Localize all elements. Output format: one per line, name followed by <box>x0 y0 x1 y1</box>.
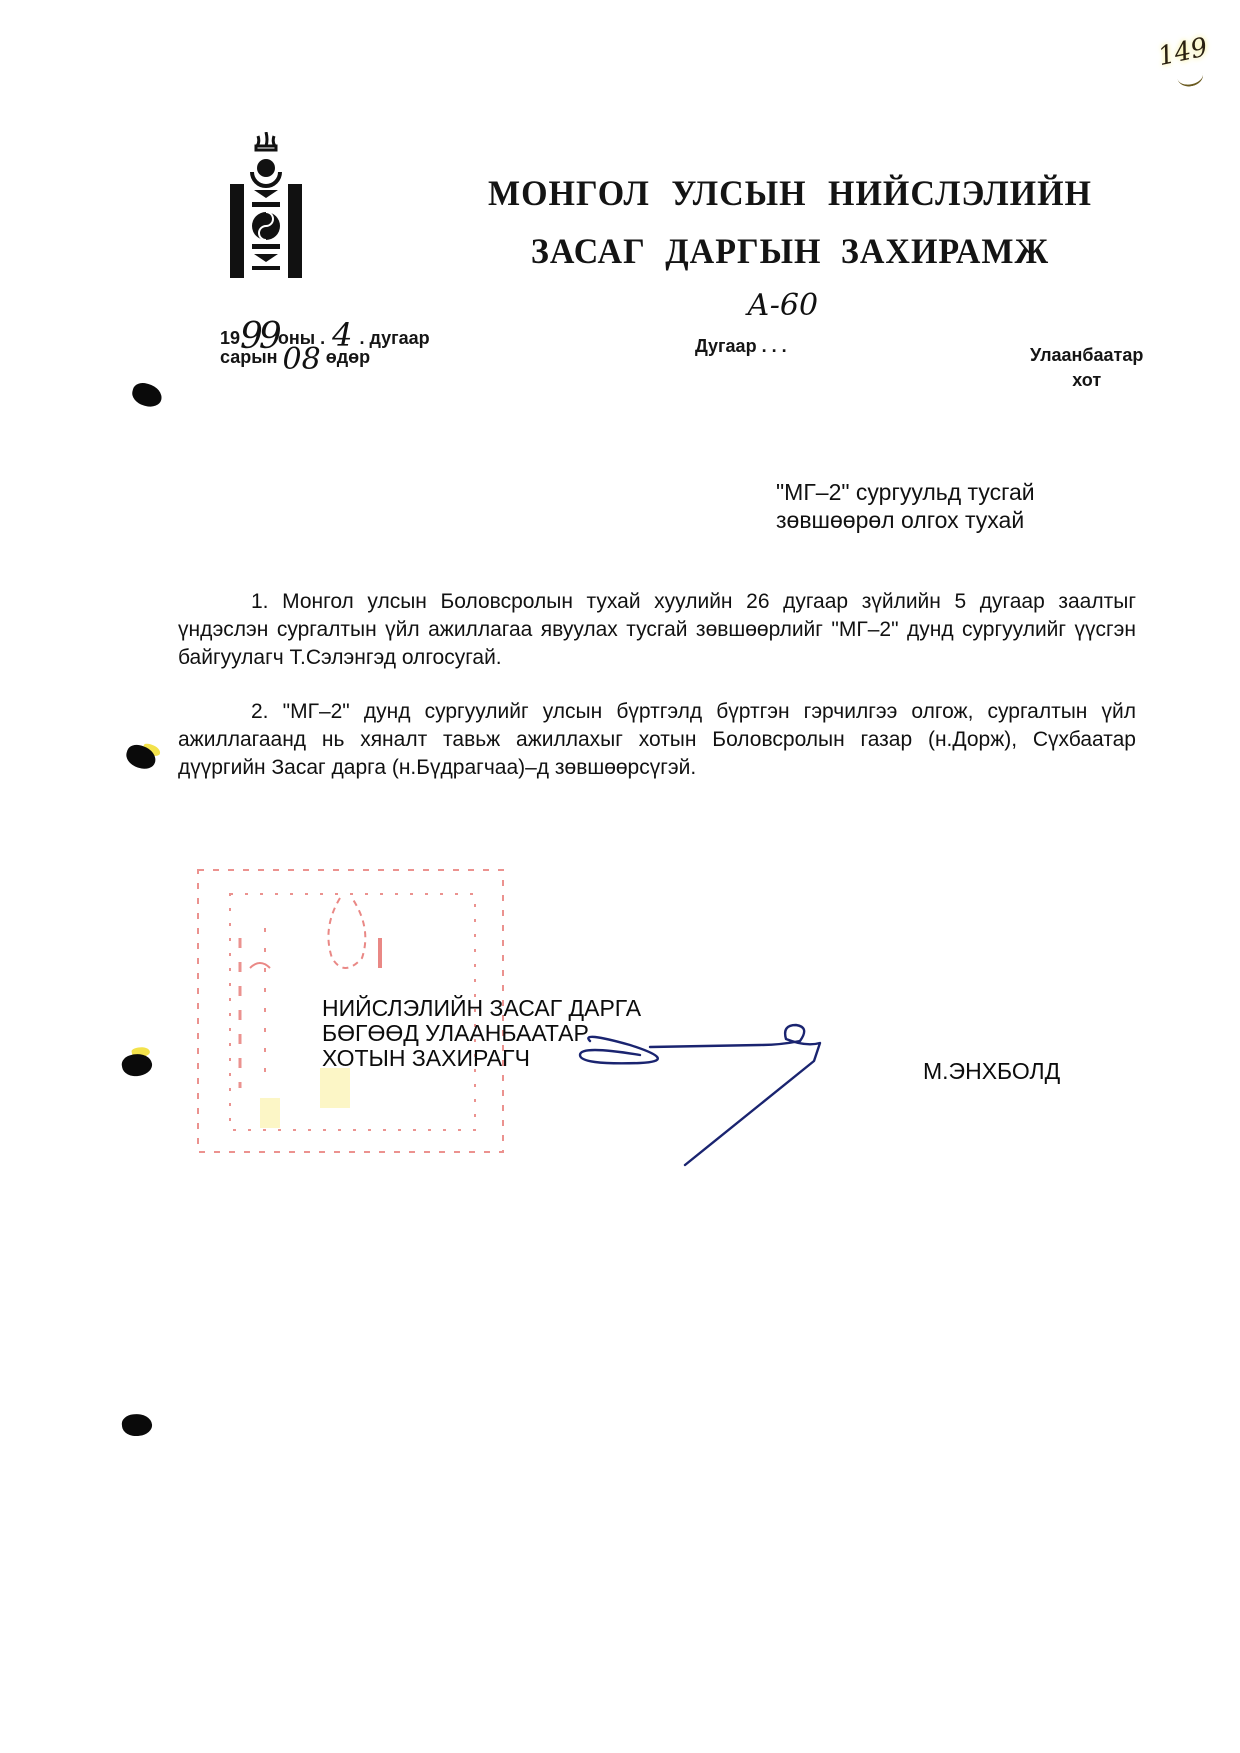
page-number-text: 149 <box>1155 32 1210 72</box>
paragraph-2: 2. "МГ–2" дунд сургуулийг улсын бүртгэлд… <box>178 698 1136 782</box>
document-number-label: Дугаар . . . <box>695 336 787 356</box>
title-line-2: ЗАСАГ ДАРГЫН ЗАХИРАМЖ <box>480 223 1100 281</box>
handwritten-signature-icon <box>560 1015 890 1175</box>
subject-line-1: "МГ–2" сургуульд тусгай <box>776 478 1035 506</box>
signer-name: М.ЭНХБОЛД <box>923 1058 1060 1085</box>
day-handwritten: 08 <box>283 342 321 377</box>
document-number-value: А-60 <box>747 288 818 323</box>
page-number-underline <box>1175 64 1205 89</box>
city-suffix: хот <box>1030 368 1143 393</box>
paragraph-1: 1. Монгол улсын Боловсролын тухай хуулий… <box>178 588 1136 672</box>
month-handwritten: 4 <box>332 316 352 354</box>
month-suffix: дугаар <box>369 328 429 348</box>
punch-hole <box>120 1052 153 1079</box>
document-title: МОНГОЛ УЛСЫН НИЙСЛЭЛИЙН ЗАСАГ ДАРГЫН ЗАХ… <box>480 165 1100 281</box>
city-name: Улаанбаатар <box>1030 343 1143 368</box>
date-block: 1999оны . 4 . дугаар сарын 08 өдөр <box>220 322 430 368</box>
paragraph-1-text: 1. Монгол улсын Боловсролын тухай хуулий… <box>178 588 1136 672</box>
soyombo-emblem-icon <box>228 132 304 280</box>
year-handwritten: 99 <box>240 316 278 357</box>
subject-line-2: зөвшөөрөл олгох тухай <box>776 506 1035 534</box>
punch-hole <box>123 742 158 772</box>
punch-hole <box>121 1412 153 1437</box>
document-number: А-60 Дугаар . . . <box>695 300 787 321</box>
title-line-1: МОНГОЛ УЛСЫН НИЙСЛЭЛИЙН <box>480 165 1100 223</box>
punch-hole <box>130 380 165 409</box>
subject: "МГ–2" сургуульд тусгай зөвшөөрөл олгох … <box>776 478 1035 534</box>
paragraph-2-text: 2. "МГ–2" дунд сургуулийг улсын бүртгэлд… <box>178 698 1136 782</box>
page-number: 149 <box>1155 30 1224 91</box>
city-block: Улаанбаатар хот <box>1030 343 1143 393</box>
